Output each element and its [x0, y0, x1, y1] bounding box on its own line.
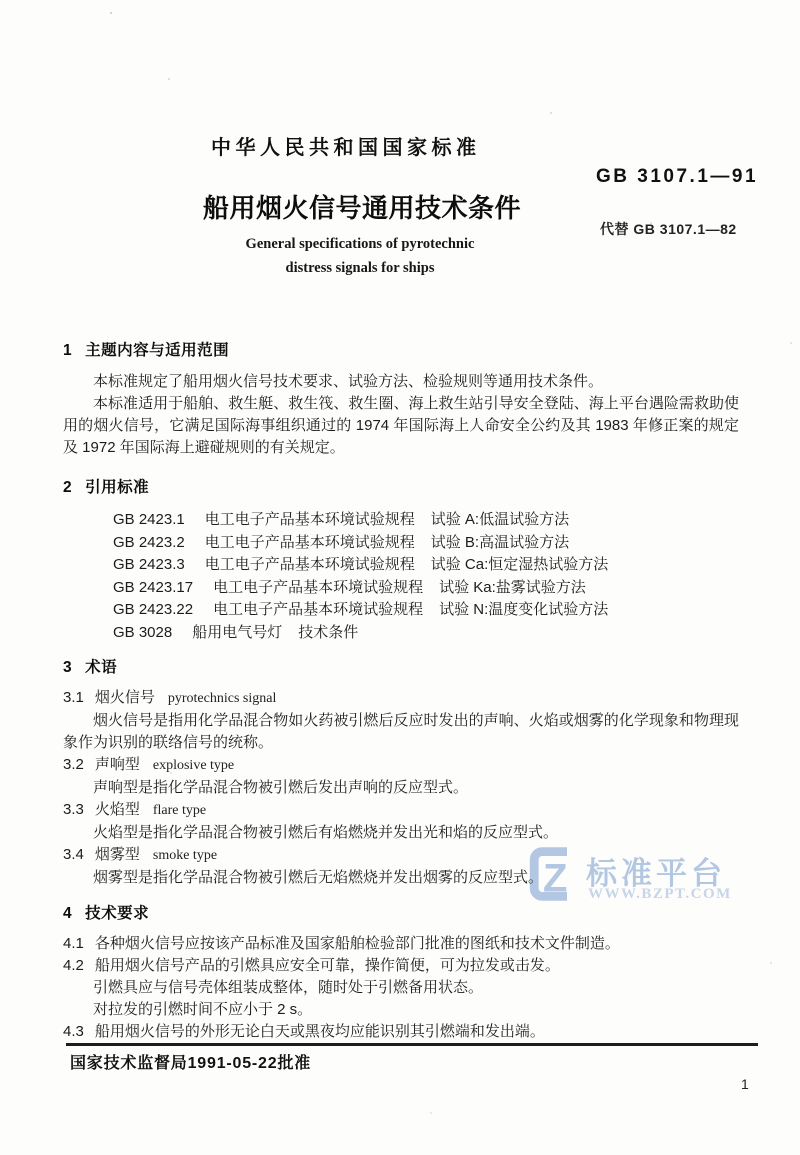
term-chinese: 烟雾型	[95, 846, 140, 863]
term-definition: 烟火信号是指用化学品混合物如火药被引燃后反应时发出的声响、火焰或烟雾的化学现象和…	[63, 710, 739, 754]
section-4-heading: 4技术要求	[63, 903, 739, 925]
footer-rule	[66, 1043, 758, 1046]
clause: 4.2船用烟火信号产品的引燃具应安全可靠，操作简便，可为拉发或击发。	[63, 955, 739, 977]
replaces-label: 代替 GB 3107.1—82	[600, 219, 737, 239]
reference-item: GB 2423.3电工电子产品基本环境试验规程试验 Ca:恒定湿热试验方法	[113, 554, 739, 577]
section-2-number: 2	[63, 479, 72, 496]
scan-speckle	[110, 12, 112, 14]
page-number: 1	[741, 1076, 749, 1092]
reference-list: GB 2423.1电工电子产品基本环境试验规程试验 A:低温试验方法 GB 24…	[63, 509, 739, 645]
reference-item: GB 2423.1电工电子产品基本环境试验规程试验 A:低温试验方法	[113, 509, 739, 532]
section-3-title: 术语	[85, 659, 117, 676]
term-number: 3.1	[63, 689, 84, 706]
term-english: smoke type	[153, 848, 217, 863]
term-chinese: 火焰型	[95, 801, 140, 818]
section-4-number: 4	[63, 905, 72, 922]
reference-code: GB 2423.3	[113, 556, 185, 573]
clause-text: 船用烟火信号的外形无论白天或黑夜均应能识别其引燃端和发出端。	[95, 1023, 545, 1040]
reference-item: GB 2423.2电工电子产品基本环境试验规程试验 B:高温试验方法	[113, 532, 739, 555]
section-1-paragraph: 本标准适用于船舶、救生艇、救生筏、救生圈、海上救生站引导安全登陆、海上平台遇险需…	[63, 393, 739, 459]
reference-item: GB 2423.22电工电子产品基本环境试验规程试验 N:温度变化试验方法	[113, 599, 739, 622]
english-title: General specifications of pyrotechnic di…	[170, 236, 550, 277]
section-1-heading: 1主题内容与适用范围	[63, 340, 739, 362]
section-1-title: 主题内容与适用范围	[85, 342, 229, 359]
document-page: 中华人民共和国国家标准 GB 3107.1—91 船用烟火信号通用技术条件 代替…	[0, 0, 800, 1155]
term-heading: 3.2声响型explosive type	[63, 754, 739, 777]
clause-text: 各种烟火信号应按该产品标准及国家船舶检验部门批准的图纸和技术文件制造。	[95, 935, 620, 952]
clause-text: 船用烟火信号产品的引燃具应安全可靠，操作简便，可为拉发或击发。	[95, 957, 560, 974]
section-2-heading: 2引用标准	[63, 477, 739, 499]
english-title-line1: General specifications of pyrotechnic	[170, 236, 550, 253]
reference-name: 电工电子产品基本环境试验规程	[205, 534, 415, 551]
reference-code: GB 2423.2	[113, 534, 185, 551]
term-heading: 3.1烟火信号pyrotechnics signal	[63, 687, 739, 710]
clause: 4.3船用烟火信号的外形无论白天或黑夜均应能识别其引燃端和发出端。	[63, 1021, 739, 1043]
term-heading: 3.3火焰型flare type	[63, 799, 739, 822]
document-body: 1主题内容与适用范围 本标准规定了船用烟火信号技术要求、试验方法、检验规则等通用…	[63, 334, 739, 1043]
section-4-title: 技术要求	[85, 905, 149, 922]
section-3-number: 3	[63, 659, 72, 676]
clause-subline: 引燃具应与信号壳体组装成整体，随时处于引燃备用状态。	[63, 977, 739, 999]
reference-item: GB 3028船用电气号灯技术条件	[113, 622, 739, 645]
section-1-number: 1	[63, 342, 72, 359]
term-number: 3.4	[63, 846, 84, 863]
national-standard-label: 中华人民共和国国家标准	[211, 131, 481, 160]
reference-name: 电工电子产品基本环境试验规程	[213, 601, 423, 618]
reference-test: 试验 Ka:盐雾试验方法	[439, 579, 586, 596]
section-2-title: 引用标准	[85, 479, 149, 496]
term-english: pyrotechnics signal	[168, 691, 276, 706]
term-definition: 火焰型是指化学品混合物被引燃后有焰燃烧并发出光和焰的反应型式。	[63, 822, 739, 844]
document-title: 船用烟火信号通用技术条件	[203, 188, 521, 225]
section-1-paragraph: 本标准规定了船用烟火信号技术要求、试验方法、检验规则等通用技术条件。	[63, 371, 739, 393]
reference-name: 船用电气号灯	[192, 624, 282, 641]
reference-test: 试验 Ca:恒定湿热试验方法	[431, 556, 609, 573]
term-heading: 3.4烟雾型smoke type	[63, 844, 739, 867]
term-chinese: 烟火信号	[95, 689, 155, 706]
term-english: flare type	[153, 803, 206, 818]
approval-notice: 国家技术监督局1991-05-22批准	[70, 1050, 311, 1073]
term-number: 3.2	[63, 756, 84, 773]
reference-test: 试验 A:低温试验方法	[431, 511, 569, 528]
term-english: explosive type	[153, 758, 234, 773]
reference-test: 技术条件	[298, 624, 358, 641]
clause-number: 4.2	[63, 957, 84, 974]
section-3-heading: 3术语	[63, 657, 739, 679]
standard-code: GB 3107.1—91	[596, 166, 758, 188]
reference-name: 电工电子产品基本环境试验规程	[205, 556, 415, 573]
term-number: 3.3	[63, 801, 84, 818]
reference-name: 电工电子产品基本环境试验规程	[213, 579, 423, 596]
clause-number: 4.1	[63, 935, 84, 952]
reference-code: GB 2423.1	[113, 511, 185, 528]
term-definition: 声响型是指化学品混合物被引燃后发出声响的反应型式。	[63, 777, 739, 799]
clause: 4.1各种烟火信号应按该产品标准及国家船舶检验部门批准的图纸和技术文件制造。	[63, 933, 739, 955]
clause-subline: 对拉发的引燃时间不应小于 2 s。	[63, 999, 739, 1021]
reference-code: GB 2423.22	[113, 601, 193, 618]
reference-item: GB 2423.17电工电子产品基本环境试验规程试验 Ka:盐雾试验方法	[113, 577, 739, 600]
term-chinese: 声响型	[95, 756, 140, 773]
reference-code: GB 3028	[113, 624, 172, 641]
reference-test: 试验 B:高温试验方法	[431, 534, 569, 551]
term-definition: 烟雾型是指化学品混合物被引燃后无焰燃烧并发出烟雾的反应型式。	[63, 867, 739, 889]
reference-name: 电工电子产品基本环境试验规程	[205, 511, 415, 528]
reference-test: 试验 N:温度变化试验方法	[439, 601, 608, 618]
reference-code: GB 2423.17	[113, 579, 193, 596]
english-title-line2: distress signals for ships	[170, 260, 550, 277]
clause-number: 4.3	[63, 1023, 84, 1040]
